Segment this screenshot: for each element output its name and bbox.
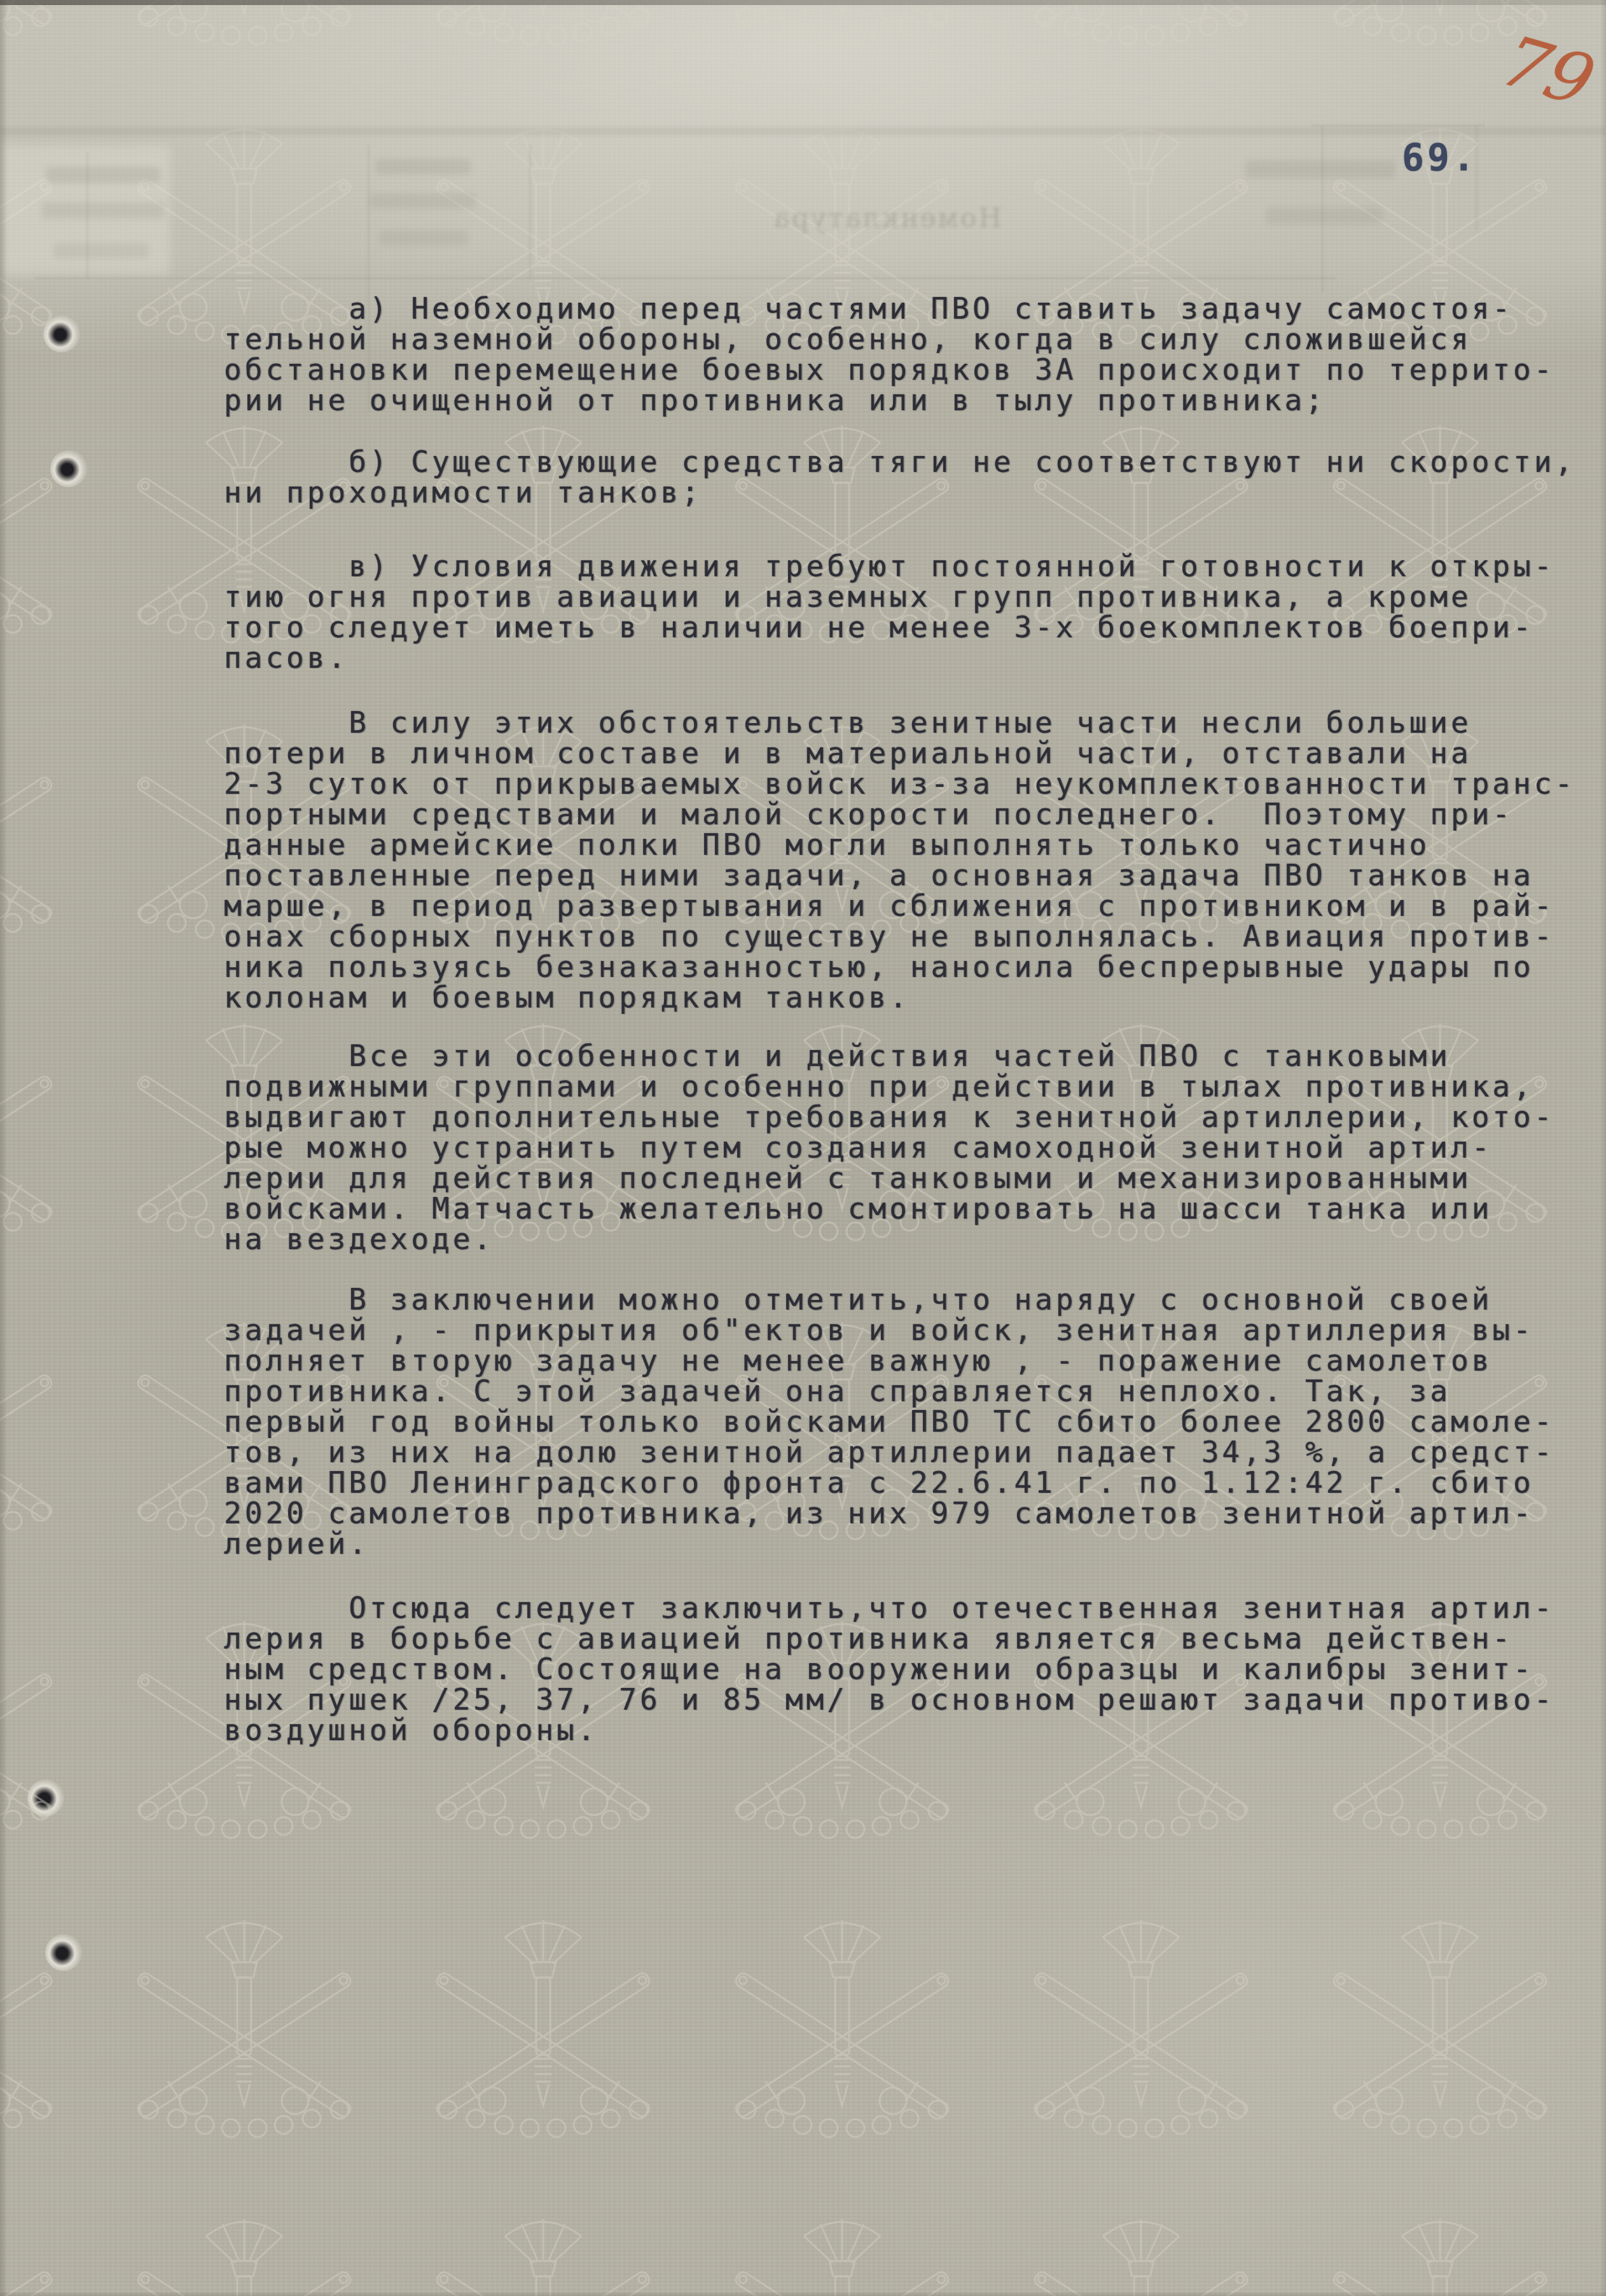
paragraph-item-a: а) Необходимо перед частями ПВО ставить … bbox=[224, 293, 1601, 415]
paragraph-losses: В силу этих обстоятельств зенитные части… bbox=[224, 707, 1601, 1013]
paragraph-requirements: Все эти особенности и действия частей ПВ… bbox=[224, 1041, 1601, 1254]
paragraph-item-v: в) Условия движения требуют постоянной г… bbox=[224, 551, 1601, 673]
paragraph-final-conclusion: Отсюда следует заключить,что отечественн… bbox=[224, 1593, 1601, 1745]
paragraph-item-b: б) Существующие средства тяги не соответ… bbox=[224, 446, 1601, 508]
scan-edge-bottom bbox=[0, 2292, 1606, 2296]
scan-edge-top bbox=[0, 0, 1606, 5]
typewritten-text-block: а) Необходимо перед частями ПВО ставить … bbox=[0, 0, 1606, 2296]
scan-edge-right bbox=[1600, 0, 1606, 2296]
scan-edge-left bbox=[0, 0, 8, 2296]
paragraph-conclusion-stats: В заключении можно отметить,что наряду с… bbox=[224, 1284, 1601, 1559]
typed-page-number: 69. bbox=[1402, 136, 1478, 179]
document-scan-page: Номенклатура 79 69. а) Необходимо перед … bbox=[0, 0, 1606, 2296]
